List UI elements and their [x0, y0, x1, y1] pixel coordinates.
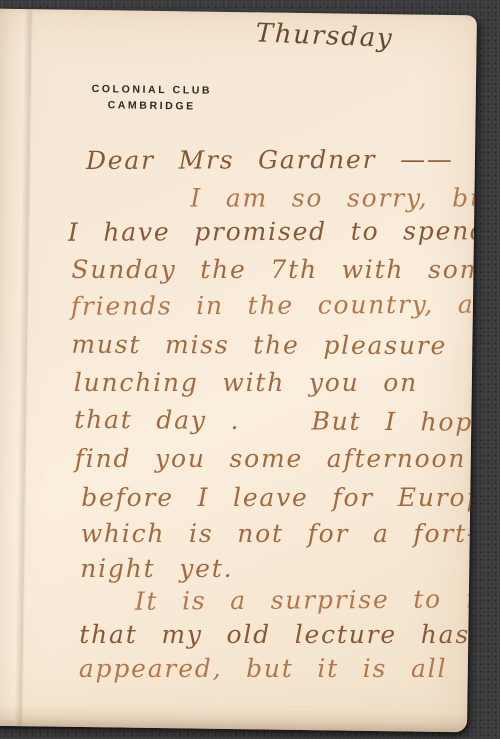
- letterhead: COLONIAL CLUB CAMBRIDGE: [91, 83, 213, 113]
- handwritten-line: night yet.: [80, 554, 233, 583]
- handwritten-line: appeared, but it is all: [79, 654, 447, 683]
- handwritten-line: I have promised to spend: [68, 216, 477, 246]
- handwritten-line: must miss the pleasure of: [71, 330, 477, 360]
- salutation-line: Dear Mrs Gardner ——: [86, 145, 454, 175]
- handwritten-line: friends in the country, and: [71, 289, 477, 320]
- handwritten-line: find you some afternoon: [75, 444, 467, 473]
- page-fold-shading: [0, 9, 33, 726]
- letterhead-city: CAMBRIDGE: [91, 99, 213, 113]
- handwritten-line: Sunday the 7th with some: [71, 255, 477, 284]
- handwritten-line: which is not for a fort-: [81, 519, 477, 548]
- handwritten-line: that day . But I hope to: [74, 405, 477, 437]
- photo-background: Thursday COLONIAL CLUB CAMBRIDGE Dear Mr…: [0, 0, 500, 739]
- letter-page: Thursday COLONIAL CLUB CAMBRIDGE Dear Mr…: [0, 9, 477, 733]
- handwritten-line: before I leave for Europe,: [81, 483, 477, 512]
- handwritten-line: I am so sorry, but: [190, 183, 477, 212]
- handwritten-line: lunching with you on: [74, 368, 418, 397]
- letterhead-club-name: COLONIAL CLUB: [91, 83, 213, 97]
- handwritten-line: It is a surprise to me: [135, 584, 477, 616]
- page-bottom-fold-shadow: [0, 706, 467, 733]
- handwritten-line: that my old lecture has: [79, 620, 470, 649]
- handwritten-date: Thursday: [255, 18, 394, 54]
